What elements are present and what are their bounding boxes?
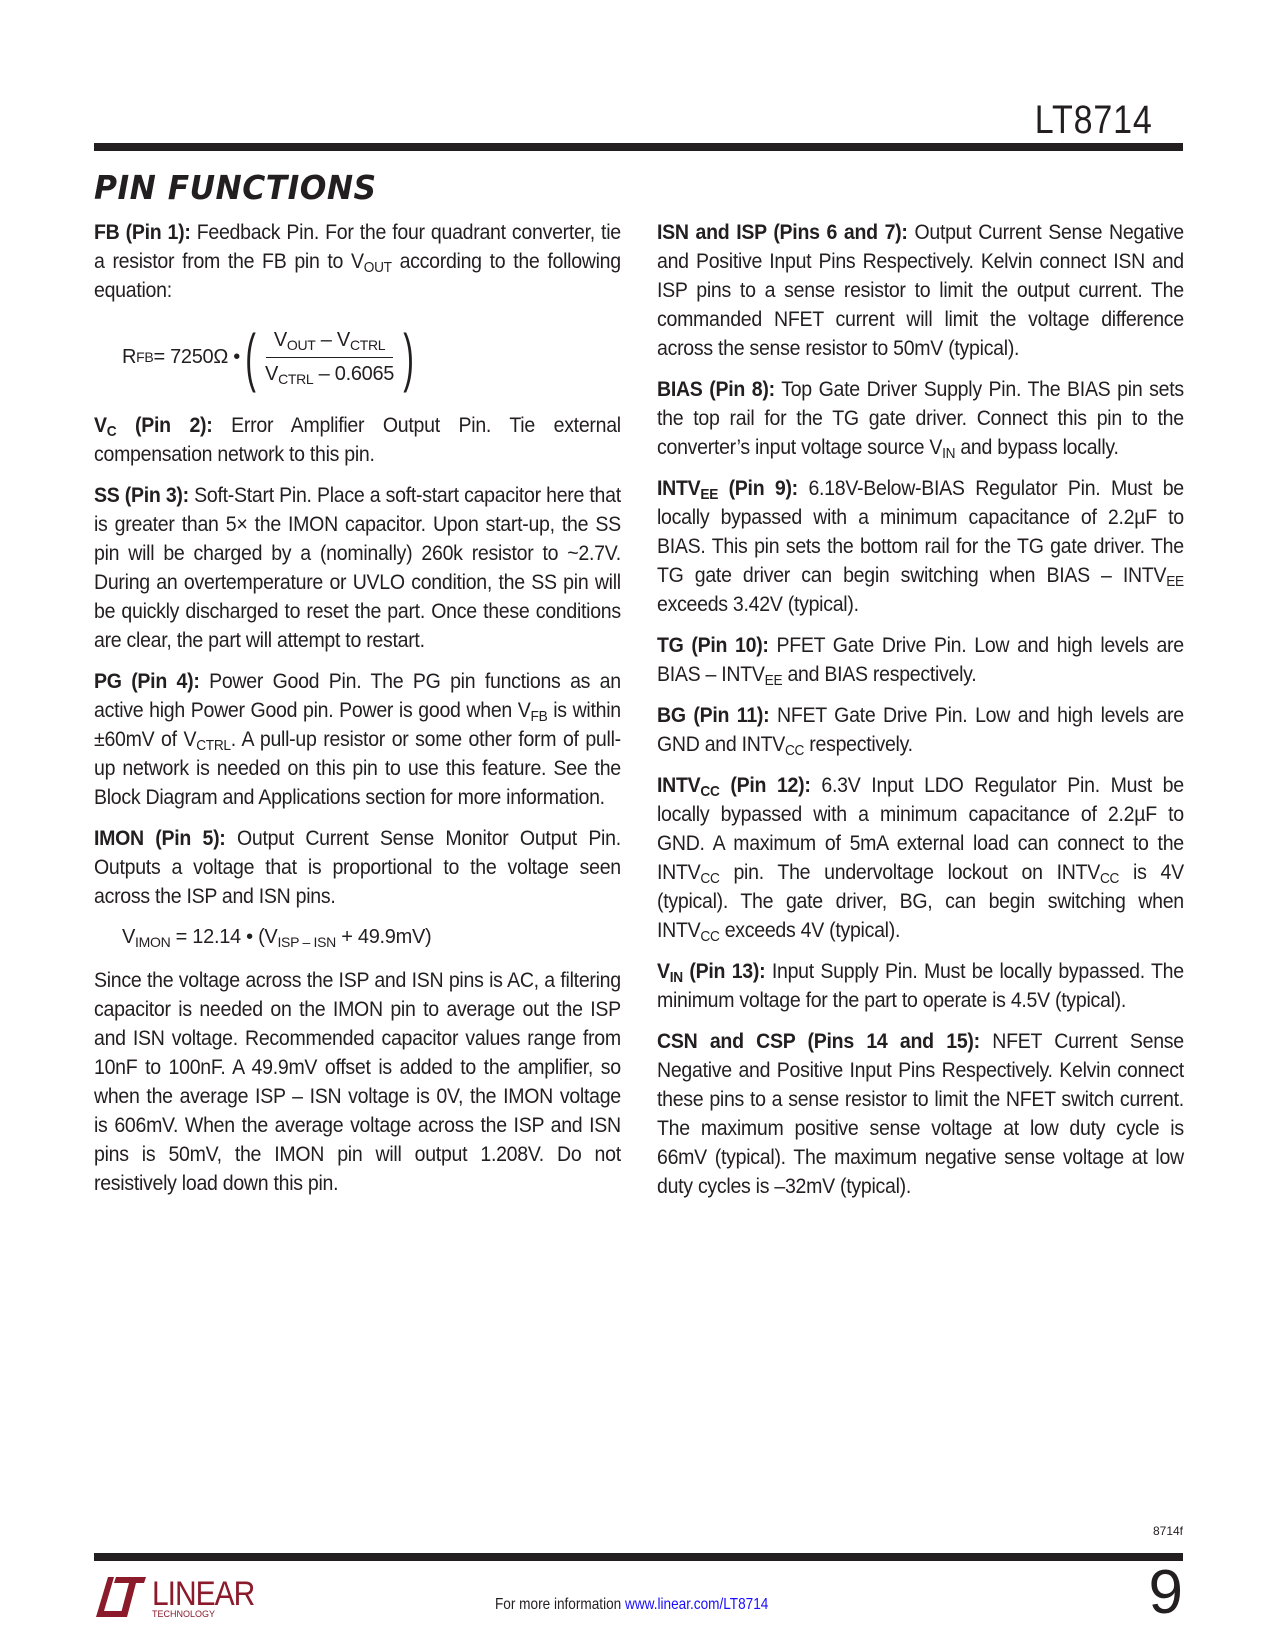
pin-bias: BIAS (Pin 8): Top Gate Driver Supply Pin… <box>657 375 1184 462</box>
subscript: CTRL <box>278 371 313 387</box>
subscript: C <box>107 424 117 440</box>
pin-label: VC (Pin 2): <box>94 414 213 437</box>
subscript: OUT <box>364 260 392 276</box>
subscript: CC <box>700 784 719 800</box>
label-text: V <box>94 414 107 437</box>
subscript: EE <box>765 673 783 689</box>
pin-bg: BG (Pin 11): NFET Gate Drive Pin. Low an… <box>657 701 1184 759</box>
pin-label: SS (Pin 3): <box>94 484 189 507</box>
label-text: INTV <box>657 774 700 797</box>
pin-label: TG (Pin 10): <box>657 634 769 657</box>
header-rule <box>94 143 1183 151</box>
lt-logo-icon: LINEAR TECHNOLOGY <box>94 1573 264 1619</box>
pin-imon: IMON (Pin 5): Output Current Sense Monit… <box>94 824 621 911</box>
right-column: ISN and ISP (Pins 6 and 7): Output Curre… <box>657 218 1184 1213</box>
eq-text: + 49.9mV) <box>336 926 431 948</box>
eq-text: = 7250Ω • <box>153 343 240 372</box>
pin-intvcc: INTVCC (Pin 12): 6.3V Input LDO Regulato… <box>657 771 1184 945</box>
subscript: ISP – ISN <box>277 934 336 950</box>
left-paren: ( <box>245 325 256 389</box>
website-link[interactable]: www.linear.com/LT8714 <box>625 1596 768 1613</box>
subscript: FB <box>531 709 548 725</box>
more-info-text: For more information <box>495 1596 625 1613</box>
page-number: 9 <box>1149 1562 1183 1624</box>
pin-csn-csp: CSN and CSP (Pins 14 and 15): NFET Curre… <box>657 1027 1184 1201</box>
pin-tg: TG (Pin 10): PFET Gate Drive Pin. Low an… <box>657 631 1184 689</box>
denominator: VCTRL – 0.6065 <box>265 358 394 389</box>
pin-pg: PG (Pin 4): Power Good Pin. The PG pin f… <box>94 667 621 812</box>
part-number: LT8714 <box>1035 98 1153 143</box>
subscript: CC <box>1100 871 1119 887</box>
subscript: CTRL <box>350 337 385 353</box>
footer-rule <box>94 1553 1183 1561</box>
subscript: CC <box>785 743 804 759</box>
subscript: OUT <box>287 337 316 353</box>
pin-label: ISN and ISP (Pins 6 and 7): <box>657 221 908 244</box>
subscript: EE <box>700 487 718 503</box>
pin-vc: VC (Pin 2): Error Amplifier Output Pin. … <box>94 411 621 469</box>
eq-text: = 12.14 • (V <box>170 926 277 948</box>
pin-label: FB (Pin 1): <box>94 221 191 244</box>
subscript: IMON <box>135 934 170 950</box>
pin-text: and bypass locally. <box>955 436 1118 459</box>
pin-label: VIN (Pin 13): <box>657 960 765 983</box>
label-text: V <box>657 960 670 983</box>
subscript: IN <box>942 446 955 462</box>
left-column: FB (Pin 1): Feedback Pin. For the four q… <box>94 218 621 1210</box>
subscript: CC <box>700 929 719 945</box>
eq-text: V <box>265 363 278 385</box>
more-info-line: For more information www.linear.com/LT87… <box>495 1596 768 1614</box>
pin-text: exceeds 3.42V (typical). <box>657 593 859 616</box>
linear-technology-logo: LINEAR TECHNOLOGY <box>94 1573 264 1619</box>
pin-vin: VIN (Pin 13): Input Supply Pin. Must be … <box>657 957 1184 1015</box>
fraction: VOUT – VCTRL VCTRL – 0.6065 <box>265 326 394 389</box>
label-text: (Pin 13): <box>683 960 765 983</box>
pin-text: pin. The undervoltage lockout on INTV <box>720 861 1100 884</box>
subscript: IN <box>670 970 683 986</box>
pin-fb: FB (Pin 1): Feedback Pin. For the four q… <box>94 218 621 305</box>
subscript: EE <box>1166 574 1184 590</box>
vimon-equation: VIMON = 12.14 • (VISP – ISN + 49.9mV) <box>122 923 621 952</box>
eq-text: V <box>274 329 287 351</box>
pin-label: BIAS (Pin 8): <box>657 378 775 401</box>
subscript: CTRL <box>196 738 231 754</box>
pin-label: BG (Pin 11): <box>657 704 769 727</box>
svg-text:TECHNOLOGY: TECHNOLOGY <box>152 1609 215 1619</box>
svg-text:LINEAR: LINEAR <box>152 1574 254 1612</box>
label-text: (Pin 2): <box>116 414 212 437</box>
pin-isn-isp: ISN and ISP (Pins 6 and 7): Output Curre… <box>657 218 1184 363</box>
rfb-equation: RFB = 7250Ω • ( VOUT – VCTRL VCTRL – 0.6… <box>122 317 621 397</box>
label-text: INTV <box>657 477 700 500</box>
pin-ss: SS (Pin 3): Soft-Start Pin. Place a soft… <box>94 481 621 655</box>
pin-text: Soft-Start Pin. Place a soft-start capac… <box>94 484 621 652</box>
pin-intvee: INTVEE (Pin 9): 6.18V-Below-BIAS Regulat… <box>657 474 1184 619</box>
pin-text: NFET Current Sense Negative and Positive… <box>657 1030 1184 1198</box>
pin-text: respectively. <box>804 733 913 756</box>
revision-code: 8714f <box>1153 1524 1183 1538</box>
section-title: PIN FUNCTIONS <box>94 168 377 207</box>
label-text: (Pin 12): <box>720 774 811 797</box>
pin-label: INTVEE (Pin 9): <box>657 477 798 500</box>
numerator: VOUT – VCTRL <box>266 326 393 358</box>
eq-text: V <box>122 926 135 948</box>
eq-text: R <box>122 343 136 372</box>
pin-label: INTVCC (Pin 12): <box>657 774 811 797</box>
pin-label: PG (Pin 4): <box>94 670 200 693</box>
pin-text: and BIAS respectively. <box>782 663 976 686</box>
subscript: CC <box>700 871 719 887</box>
label-text: (Pin 9): <box>718 477 798 500</box>
pin-text: exceeds 4V (typical). <box>720 919 901 942</box>
right-paren: ) <box>403 325 414 389</box>
pin-label: IMON (Pin 5): <box>94 827 226 850</box>
imon-detail: Since the voltage across the ISP and ISN… <box>94 966 621 1198</box>
pin-label: CSN and CSP (Pins 14 and 15): <box>657 1030 980 1053</box>
eq-text: – 0.6065 <box>313 363 394 385</box>
eq-text: – V <box>316 329 350 351</box>
